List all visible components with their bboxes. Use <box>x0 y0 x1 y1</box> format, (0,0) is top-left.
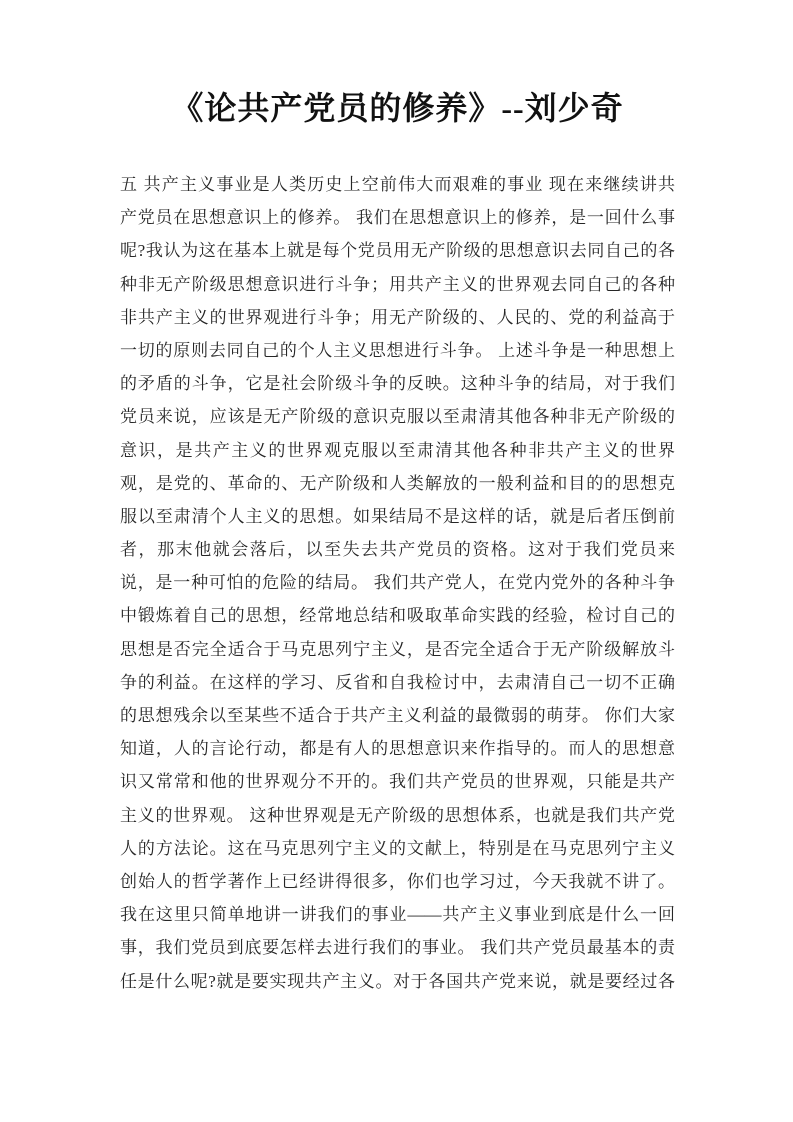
text-line: 的思想残余以至某些不适合于共产主义利益的最微弱的萌芽。 你们大家 <box>120 699 675 732</box>
text-line: 意识，是共产主义的世界观克服以至肃清其他各种非共产主义的世界 <box>120 434 675 467</box>
text-line: 党员来说，应该是无产阶级的意识克服以至肃清其他各种非无产阶级的 <box>120 400 675 433</box>
document-title: 《论共产党员的修养》--刘少奇 <box>120 86 675 130</box>
text-line: 我在这里只简单地讲一讲我们的事业——共产主义事业到底是什么一回 <box>120 898 675 931</box>
text-line: 主义的世界观。 这种世界观是无产阶级的思想体系，也就是我们共产党 <box>120 799 675 832</box>
text-line: 产党员在思想意识上的修养。 我们在思想意识上的修养，是一回什么事 <box>120 201 675 234</box>
body-text: 五 共产主义事业是人类历史上空前伟大而艰难的事业 现在来继续讲共产党员在思想意识… <box>120 168 675 998</box>
document-page: 《论共产党员的修养》--刘少奇 五 共产主义事业是人类历史上空前伟大而艰难的事业… <box>0 0 793 1122</box>
text-line: 人的方法论。这在马克思列宁主义的文献上，特别是在马克思列宁主义 <box>120 832 675 865</box>
text-line: 一切的原则去同自己的个人主义思想进行斗争。 上述斗争是一种思想上 <box>120 334 675 367</box>
text-line: 观，是党的、革命的、无产阶级和人类解放的一般利益和目的的思想克 <box>120 467 675 500</box>
text-line: 识又常常和他的世界观分不开的。我们共产党员的世界观，只能是共产 <box>120 765 675 798</box>
text-line: 服以至肃清个人主义的思想。如果结局不是这样的话，就是后者压倒前 <box>120 500 675 533</box>
text-line: 思想是否完全适合于马克思列宁主义，是否完全适合于无产阶级解放斗 <box>120 633 675 666</box>
text-line: 说，是一种可怕的危险的结局。 我们共产党人，在党内党外的各种斗争 <box>120 566 675 599</box>
text-line: 非共产主义的世界观进行斗争；用无产阶级的、人民的、党的利益高于 <box>120 301 675 334</box>
text-line: 任是什么呢?就是要实现共产主义。对于各国共产党来说，就是要经过各 <box>120 965 675 998</box>
text-line: 中锻炼着自己的思想，经常地总结和吸取革命实践的经验，检讨自己的 <box>120 599 675 632</box>
text-line: 知道，人的言论行动，都是有人的思想意识来作指导的。而人的思想意 <box>120 732 675 765</box>
text-line: 创始人的哲学著作上已经讲得很多，你们也学习过，今天我就不讲了。 <box>120 865 675 898</box>
text-line: 五 共产主义事业是人类历史上空前伟大而艰难的事业 现在来继续讲共 <box>120 168 675 201</box>
text-line: 事，我们党员到底要怎样去进行我们的事业。 我们共产党员最基本的责 <box>120 931 675 964</box>
text-line: 呢?我认为这在基本上就是每个党员用无产阶级的思想意识去同自己的各 <box>120 234 675 267</box>
text-line: 种非无产阶级思想意识进行斗争；用共产主义的世界观去同自己的各种 <box>120 268 675 301</box>
text-line: 争的利益。在这样的学习、反省和自我检讨中，去肃清自己一切不正确 <box>120 666 675 699</box>
text-line: 者，那末他就会落后，以至失去共产党员的资格。这对于我们党员来 <box>120 533 675 566</box>
text-line: 的矛盾的斗争，它是社会阶级斗争的反映。这种斗争的结局，对于我们 <box>120 367 675 400</box>
